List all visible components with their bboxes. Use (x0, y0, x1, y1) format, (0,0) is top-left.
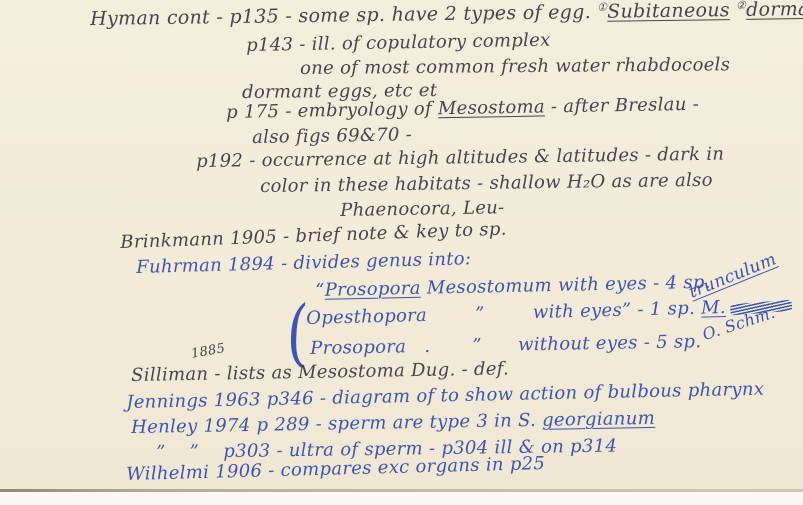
note-text: also figs 69&70 - (252, 124, 412, 148)
note-text: one of most common fresh water rhabdocoe… (300, 54, 730, 79)
scanner-background-strip (0, 492, 803, 505)
note-text: Silliman - lists as Mesostoma Dug. - def… (131, 358, 509, 386)
note-text: Mesostomum with eyes - 4 sp. (421, 272, 711, 299)
note-text: 1885 (190, 341, 226, 362)
note-text: Henley 1974 p 289 - sperm are type 3 in … (131, 410, 542, 438)
note-line-hyman-p135: Hyman cont - p135 - some sp. have 2 type… (90, 0, 803, 30)
note-line-henley-p289: Henley 1974 p 289 - sperm are type 3 in … (131, 408, 655, 438)
underlined-word-subitaneous: Subitaneous (607, 0, 730, 23)
note-text: Opesthopora ” with eyes” - 1 sp. (306, 298, 701, 329)
scanned-index-card-page: { "palette": { "card_background": "#f3ec… (0, 0, 803, 505)
note-text: Hyman cont - p135 - some sp. have 2 type… (90, 1, 597, 30)
underlined-word-georgianum: georgianum (542, 408, 655, 431)
note-line-p192: p192 - occurrence at high altitudes & la… (196, 144, 724, 172)
note-line-prosopora-without-eyes: Prosopora . ” without eyes - 5 sp. (310, 331, 701, 359)
circled-1-mark: ① (597, 1, 607, 14)
note-text: p192 - occurrence at high altitudes & la… (196, 144, 724, 172)
note-text: color in these habitats - shallow H₂O as… (260, 170, 713, 197)
note-text: Prosopora . ” without eyes - 5 sp. (310, 331, 701, 359)
note-line-p143: p143 - ill. of copulatory complex (246, 30, 551, 56)
note-line-prosopora-with-eyes: “Prosopora Mesostomum with eyes - 4 sp. (315, 272, 711, 301)
underlined-abbrev-m: M. (701, 297, 726, 319)
underlined-word-prosopora: Prosopora (325, 278, 421, 301)
note-line-habitats: color in these habitats - shallow H₂O as… (260, 170, 713, 197)
note-line-figs: also figs 69&70 - (252, 124, 412, 148)
note-text: p143 - ill. of copulatory complex (246, 30, 551, 56)
underlined-word-mesostoma: Mesostoma (438, 96, 545, 119)
note-line-rhabdocoels: one of most common fresh water rhabdocoe… (300, 54, 730, 79)
index-card: Hyman cont - p135 - some sp. have 2 type… (0, 0, 803, 489)
underlined-word-dormant: dormant (746, 0, 803, 21)
note-line-phaenocora: Phaenocora, Leu- (340, 197, 505, 221)
annotation-1885: 1885 (190, 341, 226, 362)
note-text: Fuhrman 1894 - divides genus into: (136, 248, 472, 278)
note-text: Phaenocora, Leu- (340, 197, 505, 221)
note-text: p 175 - embryology of (226, 98, 438, 123)
open-quote-mark: “ (315, 280, 325, 301)
circled-2-mark: ② (736, 0, 746, 12)
note-line-fuhrman: Fuhrman 1894 - divides genus into: (136, 248, 472, 278)
note-line-silliman: Silliman - lists as Mesostoma Dug. - def… (131, 358, 509, 386)
note-text: - after Breslau - (545, 94, 699, 118)
